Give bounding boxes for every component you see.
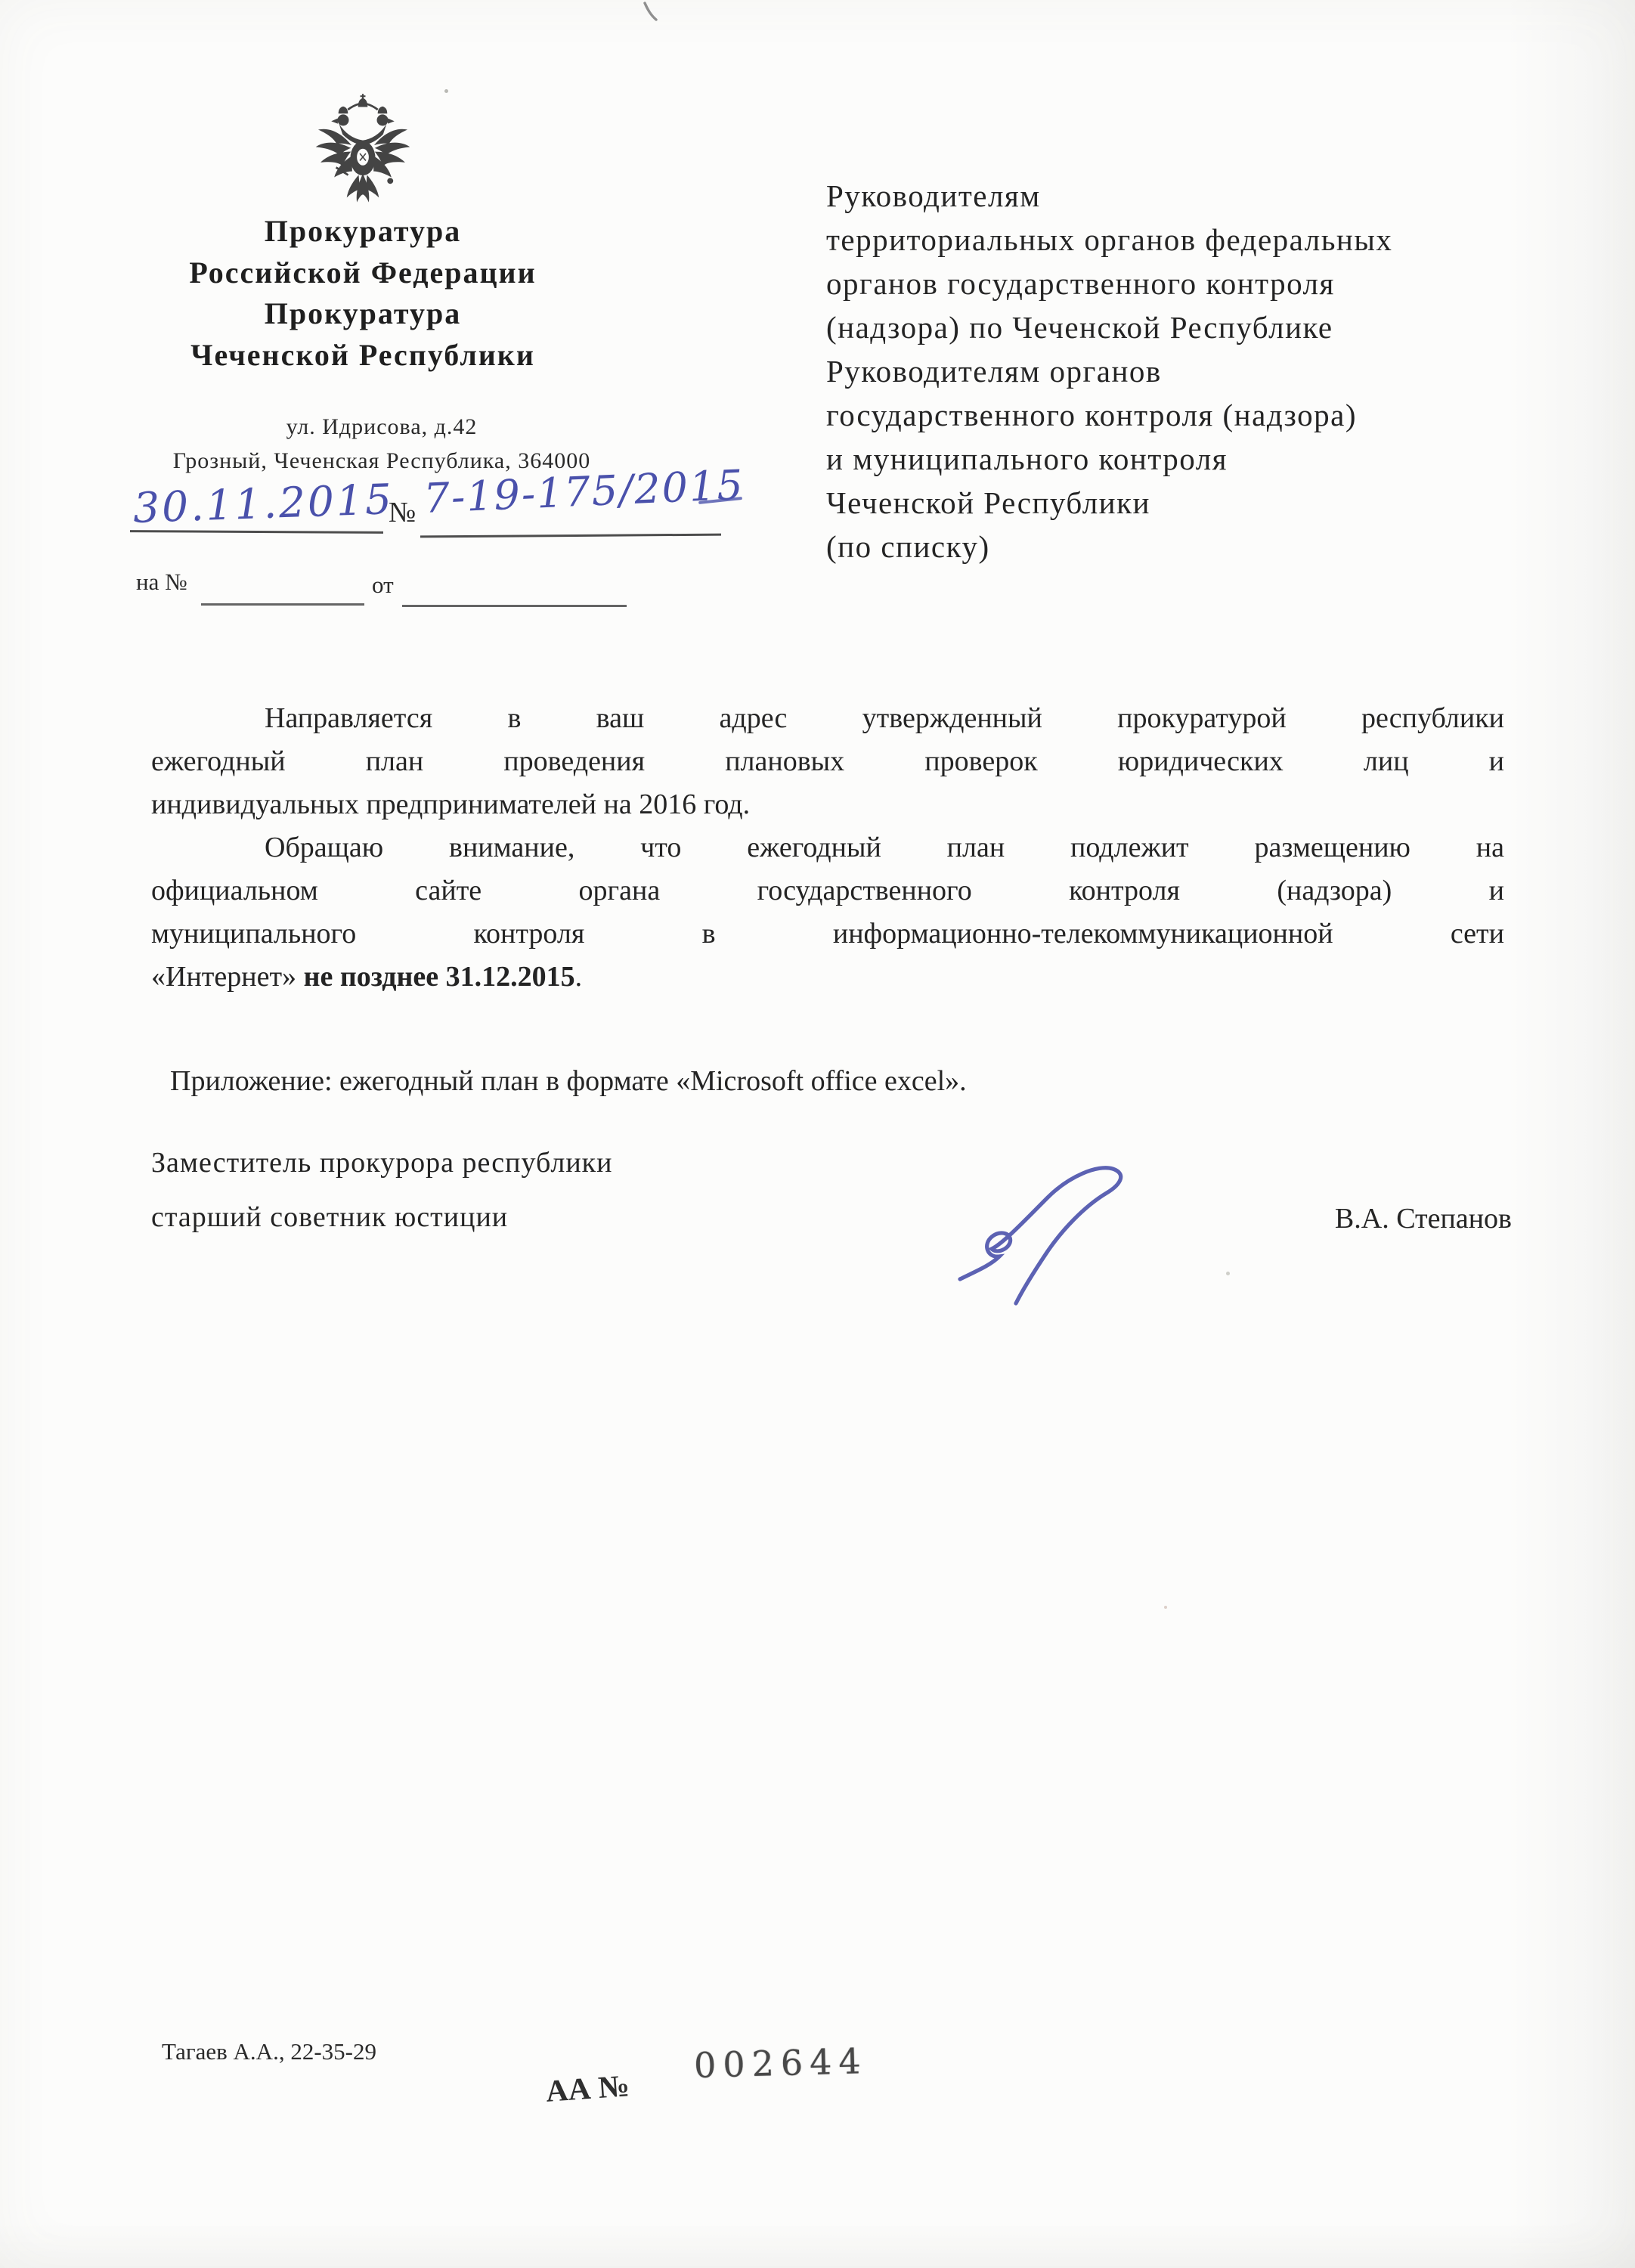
executor-contact: Тагаев А.А., 22-35-29 <box>162 2038 376 2065</box>
recipient-line: и муниципального контроля <box>826 437 1529 481</box>
recipient-line: Руководителям <box>826 174 1529 218</box>
form-series-label: АА № <box>544 2067 630 2109</box>
address-line: ул. Идрисова, д.42 <box>117 410 646 444</box>
scan-speck <box>1164 1606 1167 1609</box>
letterhead-address: ул. Идрисова, д.42 Грозный, Чеченская Ре… <box>117 410 646 478</box>
recipient-line: (по списку) <box>826 525 1529 569</box>
org-name-line: Чеченской Республики <box>98 335 627 376</box>
reference-number-blank-line <box>201 603 364 606</box>
recipient-line: Руководителям органов <box>826 349 1529 393</box>
number-underline <box>420 534 721 538</box>
recipient-block: Руководителям территориальных органов фе… <box>826 174 1529 569</box>
signer-title-line: Заместитель прокурора республики <box>151 1146 612 1179</box>
form-number-stamp: 002644 <box>693 2040 868 2086</box>
letterhead-org-name: Прокуратура Российской Федерации Прокура… <box>98 211 627 376</box>
org-name-line: Российской Федерации <box>98 253 627 294</box>
scan-speck <box>1226 1272 1230 1275</box>
reference-number-label: на № <box>136 569 187 596</box>
scan-speck <box>444 89 448 93</box>
signer-name: В.А. Степанов <box>1179 1202 1512 1235</box>
attachment-line: Приложение: ежегодный план в формате «Mi… <box>170 1064 1455 1098</box>
number-sign: № <box>389 496 416 529</box>
reference-date-label: от <box>372 572 394 599</box>
body-line: Обращаю внимание, что ежегодный план под… <box>151 826 1504 869</box>
scanned-letter-page: Прокуратура Российской Федерации Прокура… <box>0 0 1635 2268</box>
body-line: ежегодный план проведения плановых прове… <box>151 740 1504 783</box>
recipient-line: Чеченской Республики <box>826 481 1529 525</box>
recipient-line: (надзора) по Чеченской Республике <box>826 305 1529 349</box>
letter-body: Направляется в ваш адрес утвержденный пр… <box>151 697 1504 999</box>
body-last-line: «Интернет» не позднее 31.12.2015. <box>151 956 1504 999</box>
body-last-line-period: . <box>575 961 583 993</box>
date-underline <box>130 530 383 534</box>
body-line: индивидуальных предпринимателей на 2016 … <box>151 783 1504 826</box>
coat-of-arms-emblem <box>312 94 413 213</box>
scan-edge-shading-bottom <box>0 2223 1635 2268</box>
recipient-line: территориальных органов федеральных <box>826 218 1529 262</box>
recipient-line: органов государственного контроля <box>826 262 1529 305</box>
signer-title-line: старший советник юстиции <box>151 1201 508 1234</box>
org-name-line: Прокуратура <box>98 211 627 253</box>
handwritten-date: 30.11.2015 <box>132 475 395 532</box>
body-line: Направляется в ваш адрес утвержденный пр… <box>151 697 1504 740</box>
scan-artifact-mark <box>643 2 659 23</box>
reference-date-blank-line <box>402 605 627 607</box>
body-line: муниципального контроля в информационно-… <box>151 912 1504 956</box>
recipient-line: государственного контроля (надзора) <box>826 393 1529 437</box>
body-last-line-text: «Интернет» <box>151 961 304 993</box>
body-line: официальном сайте органа государственног… <box>151 869 1504 912</box>
org-name-line: Прокуратура <box>98 293 627 335</box>
deadline-bold-text: не позднее 31.12.2015 <box>304 961 575 993</box>
handwritten-signature <box>949 1164 1138 1315</box>
